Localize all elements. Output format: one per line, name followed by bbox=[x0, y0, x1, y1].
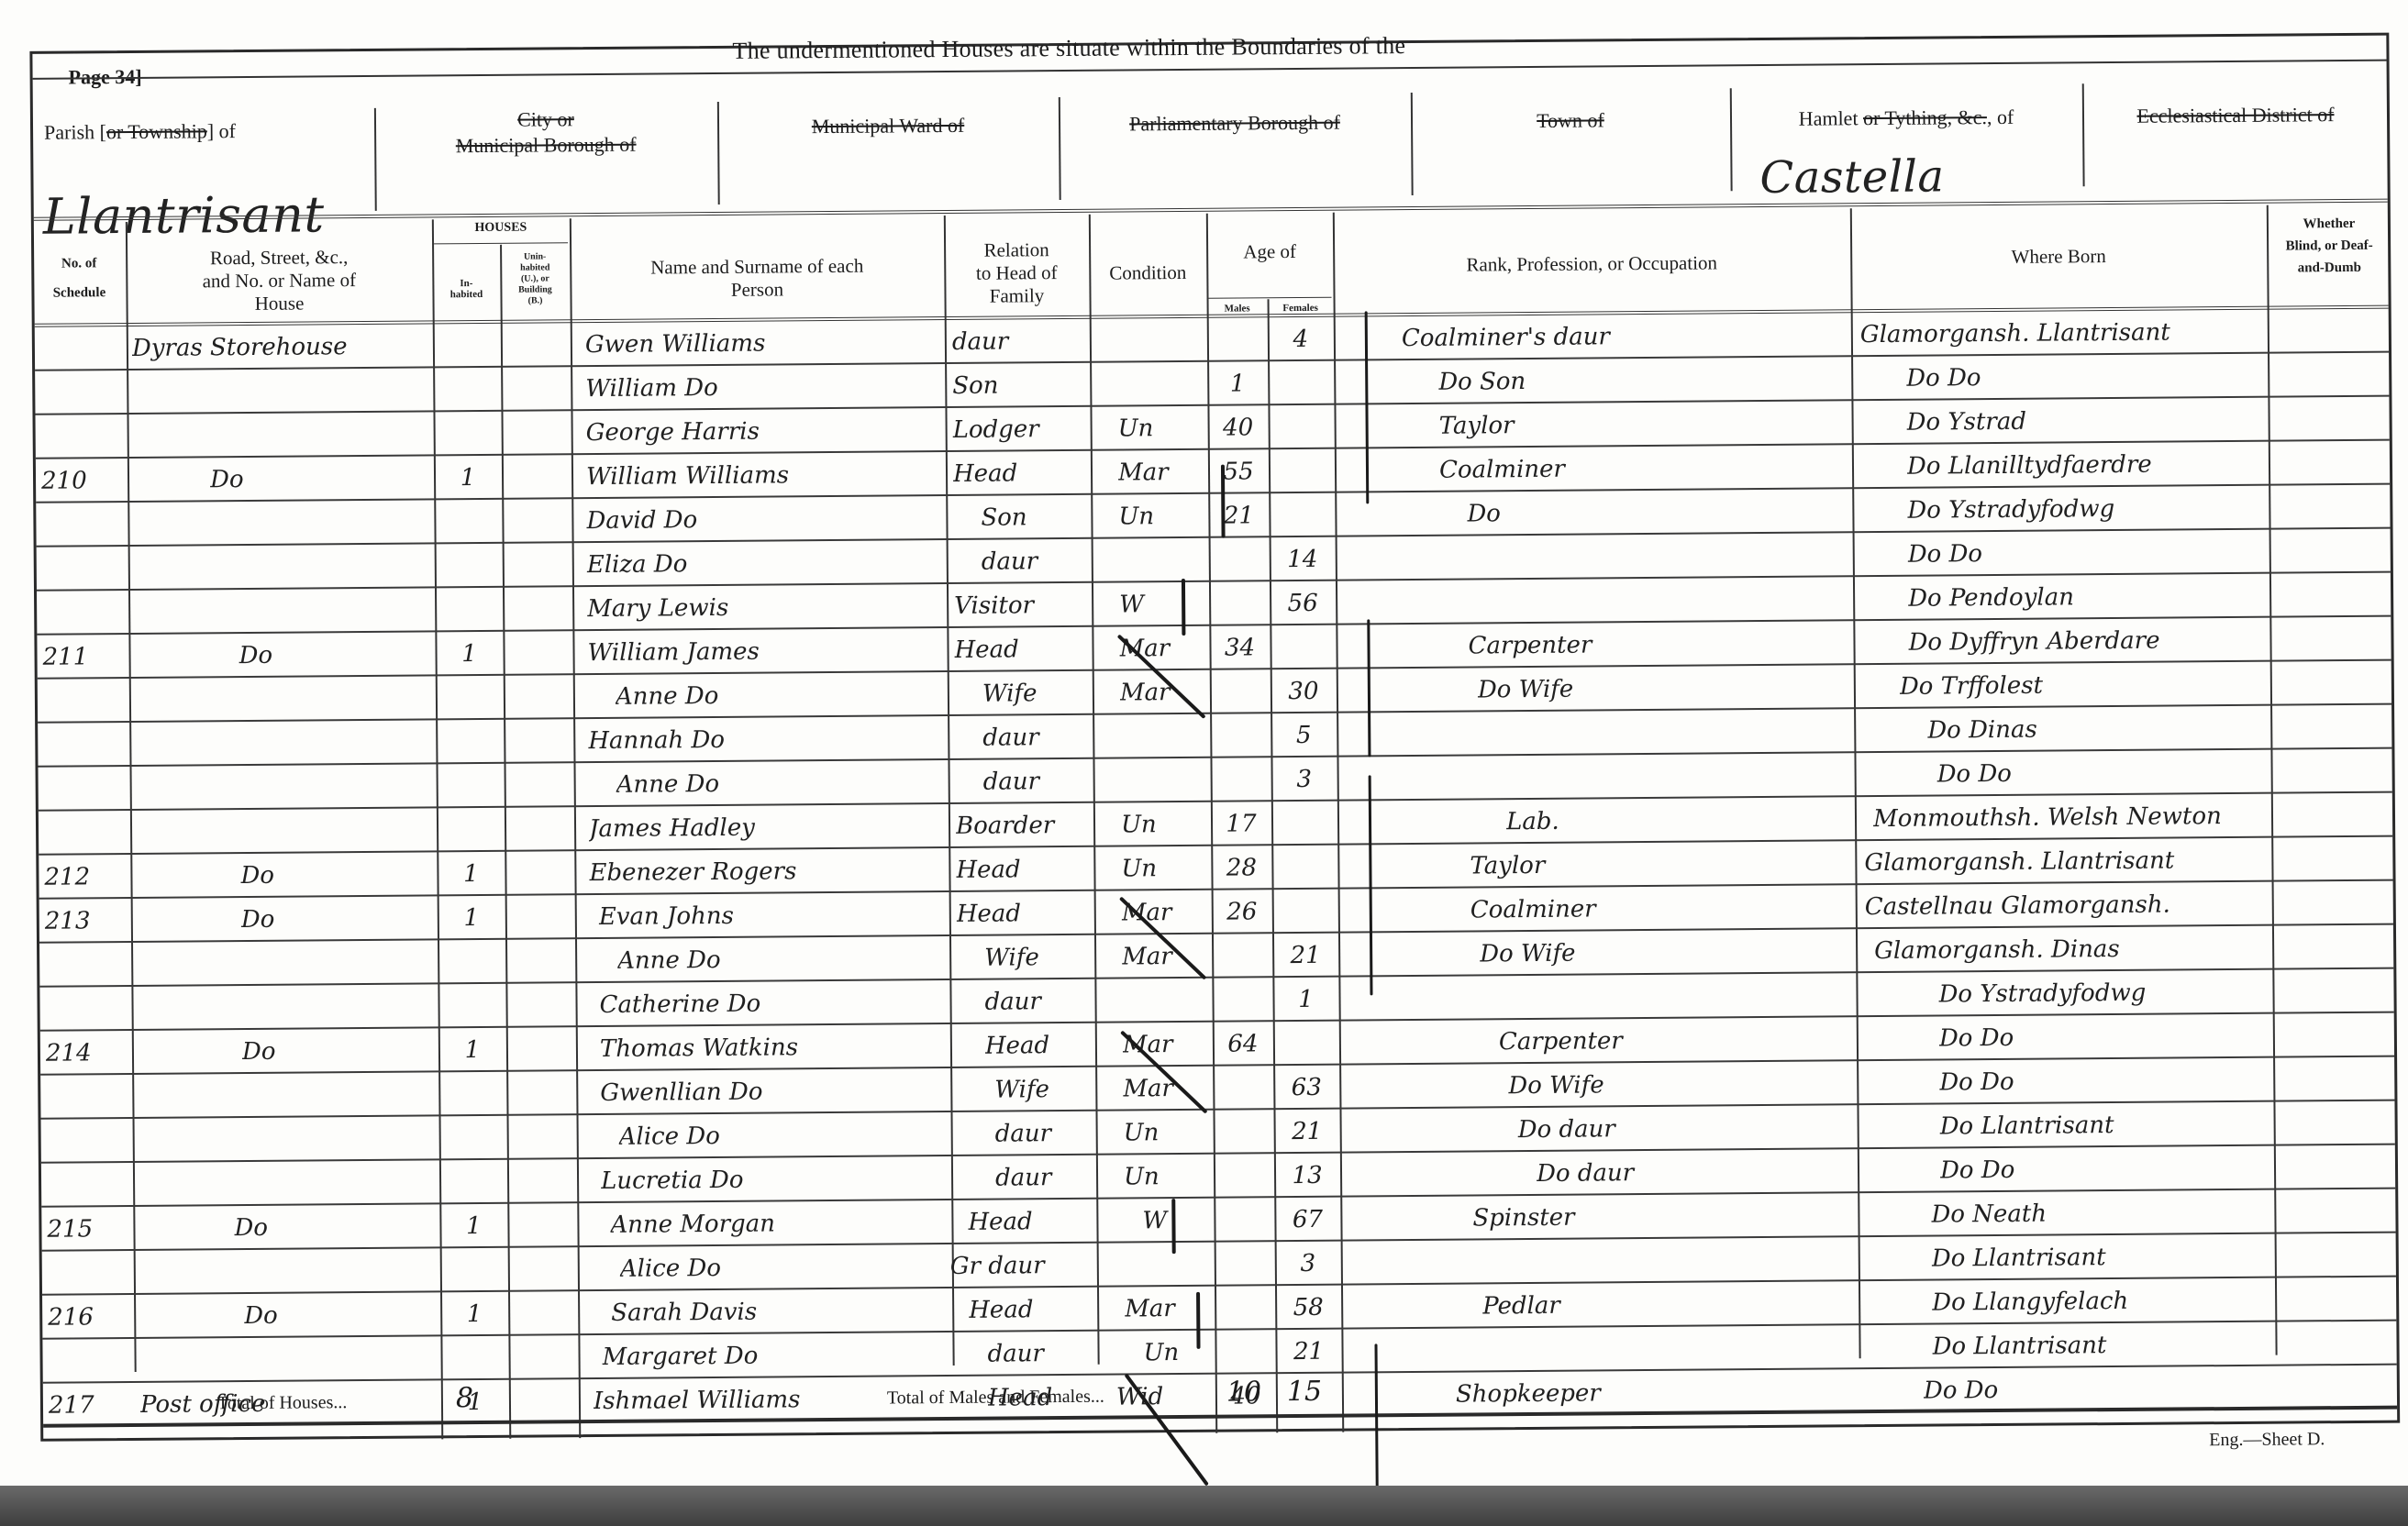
cell-relation: daur bbox=[982, 543, 1090, 581]
header-uninhabited: Unin- habited (U.), or Building (B.) bbox=[502, 251, 568, 307]
cell-inhabited bbox=[438, 768, 503, 805]
cell-occupation: Pedlar bbox=[1482, 1285, 1857, 1324]
parish-label-prefix: Parish [ bbox=[44, 120, 106, 144]
cell-female-age bbox=[1274, 893, 1337, 931]
header-text: Family bbox=[946, 284, 1087, 308]
cell-road bbox=[137, 944, 434, 983]
parish-label: Parish [or Township] of bbox=[33, 106, 372, 146]
cell-female-age bbox=[1273, 849, 1336, 887]
cell-schedule: 212 bbox=[44, 858, 127, 896]
divider bbox=[33, 60, 2387, 80]
cell-occupation: Coalminer bbox=[1439, 448, 1850, 489]
cell-name: Sarah Davis bbox=[611, 1292, 950, 1332]
cell-male-age: 1 bbox=[1209, 365, 1266, 402]
cell-schedule: 214 bbox=[46, 1034, 128, 1072]
cell-born: Do Pendoylan bbox=[1908, 578, 2266, 617]
cell-schedule bbox=[40, 374, 123, 412]
cell-name: Catherine Do bbox=[599, 984, 948, 1023]
cell-born: Do Do bbox=[1940, 1150, 2270, 1189]
cell-female-age: 21 bbox=[1274, 937, 1337, 975]
cell-inhabited: 1 bbox=[436, 459, 500, 497]
cell-schedule bbox=[46, 1078, 128, 1116]
header-inhabited: In- habited bbox=[434, 278, 498, 301]
cell-condition: Un bbox=[1124, 1114, 1212, 1152]
cell-name: Hannah Do bbox=[588, 720, 946, 759]
cell-condition bbox=[1121, 762, 1209, 800]
header-text: (U.), or bbox=[502, 273, 568, 285]
header-text: Whether bbox=[2269, 216, 2390, 233]
cell-relation: Head bbox=[954, 631, 1090, 669]
cell-born: Do Do bbox=[1939, 1018, 2269, 1057]
cell-schedule bbox=[42, 594, 125, 632]
form-title: The undermentioned Houses are situate wi… bbox=[472, 30, 1665, 67]
cell-male-age: 28 bbox=[1213, 849, 1270, 886]
cell-relation: daur bbox=[983, 763, 1092, 801]
cell-schedule: 215 bbox=[47, 1211, 129, 1248]
cell-male-age bbox=[1216, 1289, 1273, 1326]
cell-occupation: Carpenter bbox=[1499, 1021, 1855, 1060]
cell-name: Alice Do bbox=[620, 1248, 950, 1288]
cell-condition bbox=[1119, 542, 1207, 580]
cell-male-age bbox=[1209, 321, 1266, 358]
cell-occupation: Do daur bbox=[1518, 1109, 1856, 1148]
cell-condition: Un bbox=[1117, 410, 1205, 448]
cell-schedule bbox=[42, 550, 125, 588]
header-text: habited bbox=[434, 289, 498, 301]
parliamentary-label: Parliamentary Borough of bbox=[1060, 98, 1409, 138]
cell-schedule bbox=[43, 682, 126, 720]
cell-name: William James bbox=[587, 632, 945, 671]
cell-female-age bbox=[1271, 453, 1333, 491]
cell-female-age: 14 bbox=[1271, 541, 1334, 579]
cell-inhabited bbox=[435, 371, 499, 409]
cell-relation: Head bbox=[953, 455, 1089, 492]
cell-occupation: Do Wife bbox=[1478, 669, 1852, 708]
header-text: (B.) bbox=[502, 295, 568, 307]
cell-born: Do Llanilltydfaerdre bbox=[1907, 446, 2265, 485]
cell-road bbox=[133, 415, 430, 455]
cell-inhabited bbox=[439, 988, 504, 1025]
header-text: Blind, or Deaf- bbox=[2269, 238, 2390, 255]
cell-name: Lucretia Do bbox=[601, 1160, 949, 1200]
cell-schedule bbox=[41, 418, 124, 456]
cell-occupation: Do Wife bbox=[1508, 1065, 1855, 1104]
header-males: Males bbox=[1209, 303, 1266, 314]
cell-schedule: 213 bbox=[45, 902, 128, 940]
cell-relation: daur bbox=[995, 1159, 1094, 1197]
cell-male-age bbox=[1211, 585, 1268, 622]
cell-born: Do Ystrad bbox=[1906, 402, 2264, 441]
cell-occupation: Do Wife bbox=[1480, 933, 1854, 972]
cell-occupation bbox=[1441, 757, 1852, 797]
cell-condition bbox=[1120, 718, 1208, 756]
cell-relation: Head bbox=[957, 895, 1093, 933]
total-houses-value: 8 bbox=[456, 1382, 473, 1414]
cell-occupation: Coalminer's daur bbox=[1402, 316, 1849, 357]
cell-inhabited bbox=[436, 415, 500, 453]
cell-female-age: 30 bbox=[1272, 673, 1335, 711]
cell-name: Eliza Do bbox=[587, 544, 945, 583]
scanner-edge bbox=[0, 1486, 2408, 1526]
cell-name: William Do bbox=[585, 368, 943, 407]
cell-female-age: 4 bbox=[1270, 321, 1332, 359]
cell-relation: Head bbox=[985, 1027, 1093, 1065]
cell-occupation bbox=[1440, 536, 1851, 577]
cell-schedule bbox=[40, 330, 123, 368]
cell-inhabited: 1 bbox=[437, 636, 501, 673]
cell-male-age: 34 bbox=[1211, 629, 1268, 666]
total-males-value: 10 bbox=[1226, 1376, 1261, 1408]
header-text: Relation bbox=[946, 238, 1087, 262]
ward-box: Municipal Ward of bbox=[719, 101, 1058, 214]
cell-occupation: Lab. bbox=[1506, 801, 1853, 840]
city-label: City or bbox=[376, 104, 716, 134]
cell-relation: Gr daur bbox=[950, 1247, 1095, 1285]
cell-condition bbox=[1099, 322, 1205, 359]
cell-occupation: Coalminer bbox=[1470, 889, 1854, 928]
enumerator-tick-mark bbox=[1196, 1292, 1200, 1349]
cell-born: Do Do bbox=[1906, 358, 2264, 397]
cell-name: David Do bbox=[586, 500, 944, 539]
cell-relation: Head bbox=[969, 1291, 1095, 1329]
cell-occupation: Do bbox=[1467, 492, 1850, 532]
cell-occupation: Taylor bbox=[1470, 845, 1853, 884]
cell-road: Do bbox=[244, 1296, 437, 1334]
cell-road bbox=[139, 1120, 436, 1159]
cell-female-age: 67 bbox=[1276, 1201, 1338, 1239]
cell-inhabited bbox=[439, 944, 504, 981]
cell-name: George Harris bbox=[586, 412, 944, 451]
cell-female-age bbox=[1270, 365, 1332, 403]
cell-relation: Son bbox=[981, 499, 1089, 536]
cell-inhabited bbox=[436, 503, 500, 541]
cell-name: Anne Do bbox=[616, 676, 946, 715]
cell-inhabited: 1 bbox=[442, 1296, 506, 1333]
cell-name: William Williams bbox=[586, 456, 944, 495]
cell-inhabited bbox=[440, 1076, 505, 1113]
cell-road bbox=[134, 547, 431, 587]
municipal-borough-label: Municipal Borough of bbox=[376, 131, 716, 160]
hamlet-label-suffix: , of bbox=[1987, 105, 2014, 128]
cell-relation: Visitor bbox=[954, 587, 1090, 625]
cell-inhabited bbox=[437, 547, 501, 585]
cell-female-age: 56 bbox=[1271, 585, 1334, 623]
cell-schedule bbox=[43, 726, 126, 764]
cell-born: Do Neath bbox=[1931, 1194, 2270, 1233]
header-text: and No. or Name of bbox=[128, 268, 430, 293]
cell-road: Dyras Storehouse bbox=[132, 327, 429, 367]
cell-born: Glamorgansh. Llantrisant bbox=[1864, 842, 2268, 881]
cell-born: Do Do bbox=[1908, 534, 2266, 573]
cell-born: Do Ystradyfodwg bbox=[1907, 490, 2265, 529]
cell-male-age bbox=[1215, 1201, 1272, 1238]
cell-occupation bbox=[1443, 977, 1854, 1017]
cell-road bbox=[136, 768, 433, 807]
cell-born: Do Do bbox=[1936, 754, 2267, 793]
header-text: Person bbox=[571, 277, 942, 303]
cell-female-age: 21 bbox=[1276, 1113, 1338, 1151]
header-text: and-Dumb bbox=[2269, 260, 2390, 277]
cell-name: Ebenezer Rogers bbox=[589, 852, 947, 891]
cell-relation: Wife bbox=[982, 675, 1091, 713]
cell-inhabited bbox=[441, 1120, 505, 1157]
header-blind: Whether Blind, or Deaf- and-Dumb bbox=[2269, 216, 2391, 317]
cell-born: Do Llantrisant bbox=[1939, 1106, 2269, 1145]
cell-condition: Un bbox=[1121, 806, 1209, 844]
cell-female-age: 1 bbox=[1274, 981, 1337, 1019]
cell-road bbox=[136, 812, 433, 851]
cell-born: Monmouthsh. Welsh Newton bbox=[1873, 798, 2268, 837]
ward-label: Municipal Ward of bbox=[719, 101, 1057, 140]
parliamentary-box: Parliamentary Borough of bbox=[1060, 98, 1410, 211]
cell-relation: Head bbox=[968, 1203, 1094, 1241]
cell-male-age bbox=[1213, 761, 1270, 798]
cell-road: Do bbox=[234, 1208, 436, 1246]
header-houses: HOUSES bbox=[434, 222, 568, 234]
cell-road bbox=[135, 680, 432, 719]
cell-born: Do Dyffryn Aberdare bbox=[1908, 622, 2266, 661]
cell-schedule bbox=[48, 1255, 130, 1292]
hamlet-box: Hamlet or Tything, &c., of Castella bbox=[1732, 93, 2081, 205]
cell-inhabited bbox=[438, 724, 502, 761]
cell-relation: Boarder bbox=[956, 807, 1092, 845]
header-text: House bbox=[128, 291, 430, 316]
cell-male-age: 17 bbox=[1213, 805, 1270, 842]
cell-road: Do bbox=[241, 900, 434, 938]
cell-male-age: 26 bbox=[1214, 893, 1271, 930]
header-females: Females bbox=[1270, 303, 1332, 315]
cell-female-age bbox=[1271, 497, 1333, 535]
cell-schedule: 216 bbox=[48, 1299, 130, 1336]
ecclesiastical-label: Ecclesiastical District of bbox=[2084, 91, 2387, 130]
cell-inhabited bbox=[442, 1252, 506, 1289]
cell-inhabited bbox=[441, 1164, 505, 1201]
cell-inhabited: 1 bbox=[439, 900, 504, 937]
header-text: In- bbox=[434, 278, 498, 290]
cell-inhabited bbox=[438, 680, 502, 717]
cell-relation: Wife bbox=[984, 939, 1093, 977]
cell-born: Do Trffolest bbox=[1900, 666, 2267, 705]
cell-male-age: 21 bbox=[1210, 497, 1267, 534]
cell-relation: daur bbox=[984, 983, 1093, 1021]
cell-road: Do bbox=[242, 1032, 435, 1070]
town-label: Town of bbox=[1413, 95, 1728, 135]
cell-born: Glamorgansh. Llantrisant bbox=[1860, 314, 2264, 353]
cell-male-age bbox=[1211, 541, 1268, 578]
header-text: Schedule bbox=[34, 284, 124, 302]
cell-condition: W bbox=[1119, 586, 1207, 624]
enumerator-tick-mark bbox=[1182, 579, 1185, 636]
cell-occupation: Spinster bbox=[1472, 1197, 1856, 1236]
hamlet-label: Hamlet or Tything, &c., of bbox=[1732, 93, 2081, 132]
cell-relation: Son bbox=[952, 367, 1088, 404]
cell-name: Thomas Watkins bbox=[600, 1028, 949, 1067]
cell-schedule bbox=[47, 1122, 129, 1160]
cell-condition: W bbox=[1142, 1202, 1212, 1240]
cell-male-age bbox=[1216, 1245, 1273, 1282]
cell-relation: Head bbox=[956, 851, 1092, 889]
header-text: Name and Surname of each bbox=[571, 254, 942, 280]
parish-box: Parish [or Township] of Llantrisant bbox=[33, 106, 373, 219]
census-sheet: Page 34] The undermentioned Houses are s… bbox=[11, 0, 2407, 1465]
cell-name: Anne Do bbox=[616, 764, 947, 803]
cell-name: Mary Lewis bbox=[587, 588, 945, 627]
cell-inhabited bbox=[435, 327, 499, 365]
cell-name: James Hadley bbox=[589, 808, 947, 847]
total-persons-label: Total of Males and Females... bbox=[887, 1387, 1104, 1410]
cell-born: Castellnau Glamorgansh. bbox=[1865, 886, 2269, 925]
cell-occupation bbox=[1440, 581, 1851, 621]
cell-schedule bbox=[45, 946, 128, 984]
header-text: No. of bbox=[34, 255, 124, 272]
cell-female-age: 3 bbox=[1273, 761, 1336, 799]
cell-male-age bbox=[1212, 673, 1269, 710]
cell-relation: Wife bbox=[994, 1071, 1093, 1109]
cell-condition: Un bbox=[1124, 1158, 1212, 1196]
total-houses-label: Total of Houses... bbox=[217, 1392, 348, 1414]
cell-male-age: 40 bbox=[1209, 409, 1266, 446]
cell-inhabited bbox=[437, 592, 501, 629]
cell-relation: Lodger bbox=[952, 411, 1088, 448]
cell-male-age: 64 bbox=[1215, 1025, 1271, 1062]
cell-condition bbox=[1122, 982, 1210, 1020]
cell-road: Do bbox=[239, 636, 431, 674]
cell-name: Anne Do bbox=[617, 940, 948, 979]
cell-road: Do bbox=[210, 459, 430, 498]
cell-occupation bbox=[1446, 1241, 1857, 1281]
cell-relation: daur bbox=[982, 719, 1091, 757]
enumerator-tick-mark bbox=[1171, 1199, 1175, 1254]
header-text: habited bbox=[502, 262, 568, 274]
cell-schedule bbox=[41, 506, 124, 544]
cell-condition bbox=[1125, 1246, 1213, 1284]
cell-occupation: Do Son bbox=[1438, 360, 1849, 401]
cell-occupation: Taylor bbox=[1438, 404, 1849, 445]
cell-road bbox=[137, 988, 434, 1027]
cell-female-age bbox=[1273, 805, 1336, 843]
cell-male-age bbox=[1215, 1157, 1272, 1194]
cell-inhabited: 1 bbox=[440, 1032, 505, 1069]
ecclesiastical-box: Ecclesiastical District of bbox=[2084, 91, 2388, 204]
cell-occupation bbox=[1441, 713, 1852, 753]
cell-relation: daur bbox=[995, 1115, 1094, 1153]
city-box: City or Municipal Borough of bbox=[376, 104, 716, 216]
header-text: to Head of bbox=[946, 261, 1087, 285]
cell-born: Do Do bbox=[1939, 1062, 2269, 1101]
cell-road bbox=[133, 503, 430, 543]
cell-female-age bbox=[1270, 409, 1332, 447]
cell-road bbox=[139, 1164, 436, 1203]
cell-schedule bbox=[44, 770, 127, 808]
cell-male-age: 55 bbox=[1210, 453, 1267, 490]
header-text: Road, Street, &c., bbox=[128, 245, 430, 271]
cell-born: Glamorgansh. Dinas bbox=[1874, 930, 2269, 969]
enumerator-tick-mark bbox=[1221, 465, 1226, 538]
cell-male-age bbox=[1215, 1069, 1271, 1106]
cell-road bbox=[132, 371, 429, 411]
cell-female-age: 3 bbox=[1277, 1245, 1339, 1283]
cell-schedule: 210 bbox=[41, 462, 124, 500]
cell-road bbox=[135, 724, 432, 763]
cell-condition: Un bbox=[1121, 850, 1209, 888]
cell-road bbox=[139, 1252, 437, 1291]
census-form-frame: The undermentioned Houses are situate wi… bbox=[29, 33, 2400, 1442]
hamlet-label-struck: or Tything, &c. bbox=[1863, 105, 1987, 129]
cell-schedule bbox=[45, 990, 128, 1028]
header-text: Unin- bbox=[502, 251, 568, 263]
cell-male-age bbox=[1212, 717, 1269, 754]
cell-name: Anne Morgan bbox=[610, 1204, 949, 1244]
cell-road: Do bbox=[240, 856, 433, 894]
total-females-value: 15 bbox=[1287, 1376, 1322, 1408]
cell-occupation: Carpenter bbox=[1468, 625, 1851, 664]
cell-female-age bbox=[1271, 629, 1334, 667]
cell-male-age bbox=[1214, 937, 1271, 974]
hamlet-label-prefix: Hamlet bbox=[1799, 106, 1863, 130]
parish-label-suffix: ] of bbox=[207, 119, 236, 142]
cell-name: Alice Do bbox=[619, 1116, 949, 1156]
cell-female-age: 5 bbox=[1272, 717, 1335, 755]
cell-road bbox=[134, 592, 431, 631]
cell-road bbox=[138, 1076, 435, 1115]
cell-born: Do Dinas bbox=[1927, 710, 2267, 749]
cell-relation: daur bbox=[952, 323, 1088, 360]
header-text: Building bbox=[502, 284, 568, 296]
cell-schedule: 211 bbox=[42, 638, 125, 676]
cell-schedule bbox=[44, 814, 127, 852]
cell-inhabited bbox=[438, 812, 503, 849]
cell-female-age: 63 bbox=[1275, 1069, 1337, 1107]
cell-born: Do Llangyfelach bbox=[1932, 1282, 2271, 1321]
cell-occupation: Do daur bbox=[1537, 1153, 1856, 1192]
cell-inhabited: 1 bbox=[438, 856, 503, 893]
cell-male-age bbox=[1214, 981, 1271, 1018]
cell-female-age: 58 bbox=[1277, 1289, 1339, 1327]
cell-name: Evan Johns bbox=[599, 896, 948, 935]
cell-condition: Un bbox=[1118, 498, 1206, 536]
cell-inhabited: 1 bbox=[441, 1208, 505, 1245]
hamlet-value: Castella bbox=[1759, 150, 1944, 204]
cell-name: Gwen Williams bbox=[585, 324, 943, 363]
cell-female-age: 13 bbox=[1276, 1157, 1338, 1195]
cell-born: Do Ystradyfodwg bbox=[1938, 974, 2269, 1013]
cell-male-age bbox=[1215, 1113, 1272, 1150]
cell-name: Gwenllian Do bbox=[600, 1072, 949, 1111]
parish-label-struck: or Township bbox=[106, 119, 207, 143]
cell-female-age bbox=[1275, 1025, 1337, 1063]
cell-condition: Mar bbox=[1118, 454, 1206, 492]
cell-schedule bbox=[47, 1167, 129, 1204]
cell-condition bbox=[1099, 366, 1205, 404]
form-sheet-id: Eng.—Sheet D. bbox=[2209, 1429, 2325, 1451]
town-box: Town of bbox=[1413, 95, 1729, 208]
cell-born: Do Llantrisant bbox=[1932, 1238, 2271, 1277]
